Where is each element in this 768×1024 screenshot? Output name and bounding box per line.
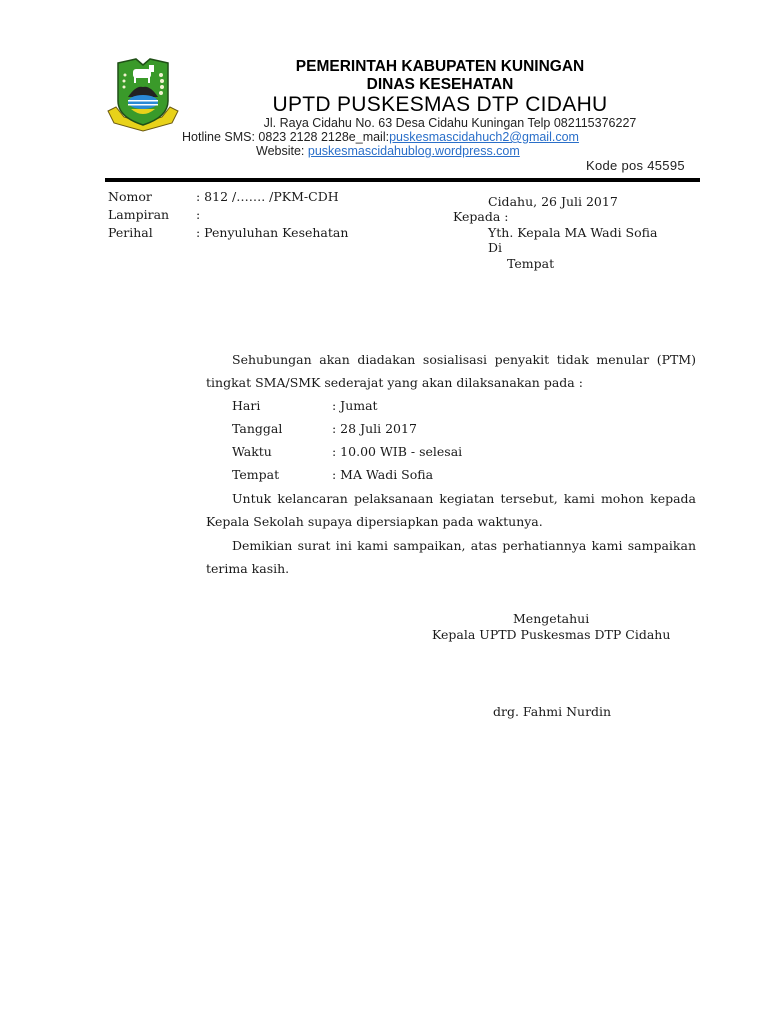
kepada-label: Kepada :: [453, 209, 509, 224]
recipient-di: Di: [488, 240, 502, 255]
detail-value-tanggal: : 28 Juli 2017: [332, 421, 417, 436]
kabupaten-emblem-icon: [106, 57, 180, 133]
signature-title: Kepala UPTD Puskesmas DTP Cidahu: [432, 627, 670, 642]
place-date: Cidahu, 26 Juli 2017: [488, 194, 618, 209]
postal-code: Kode pos 45595: [586, 158, 685, 173]
recipient-name: Yth. Kepala MA Wadi Sofia: [488, 225, 657, 240]
perihal-value: : Penyuluhan Kesehatan: [196, 225, 348, 240]
nomor-value: : 812 /……. /PKM-CDH: [196, 189, 339, 204]
detail-label-hari: Hari: [232, 398, 260, 413]
perihal-label: Perihal: [108, 225, 153, 240]
nomor-label: Nomor: [108, 189, 152, 204]
detail-value-tempat: : MA Wadi Sofia: [332, 467, 433, 482]
header-address: Jl. Raya Cidahu No. 63 Desa Cidahu Kunin…: [180, 116, 720, 130]
lampiran-label: Lampiran: [108, 207, 169, 222]
header-department: DINAS KESEHATAN: [180, 76, 700, 94]
lampiran-value: :: [196, 207, 200, 222]
hotline-text: Hotline SMS: 0823 2128 2128e_mail:: [182, 130, 389, 144]
recipient-place: Tempat: [507, 256, 554, 271]
website-label: Website:: [256, 144, 308, 158]
signature-acknowledge: Mengetahui: [513, 611, 589, 626]
header-hotline: Hotline SMS: 0823 2128 2128e_mail:puskes…: [182, 130, 579, 144]
header-website: Website: puskesmascidahublog.wordpress.c…: [256, 144, 520, 158]
signature-name: drg. Fahmi Nurdin: [493, 704, 611, 719]
detail-label-waktu: Waktu: [232, 444, 272, 459]
paragraph-closing: Demikian surat ini kami sampaikan, atas …: [206, 534, 696, 580]
header-divider: [105, 178, 700, 182]
email-link[interactable]: puskesmascidahuch2@gmail.com: [389, 130, 579, 144]
detail-label-tempat: Tempat: [232, 467, 279, 482]
website-link[interactable]: puskesmascidahublog.wordpress.com: [308, 144, 520, 158]
paragraph-request: Untuk kelancaran pelaksanaan kegiatan te…: [206, 487, 696, 533]
detail-value-waktu: : 10.00 WIB - selesai: [332, 444, 462, 459]
header-government: PEMERINTAH KABUPATEN KUNINGAN: [180, 58, 700, 76]
header-institution: UPTD PUSKESMAS DTP CIDAHU: [180, 93, 700, 117]
detail-label-tanggal: Tanggal: [232, 421, 282, 436]
paragraph-intro: Sehubungan akan diadakan sosialisasi pen…: [206, 348, 696, 394]
detail-value-hari: : Jumat: [332, 398, 378, 413]
